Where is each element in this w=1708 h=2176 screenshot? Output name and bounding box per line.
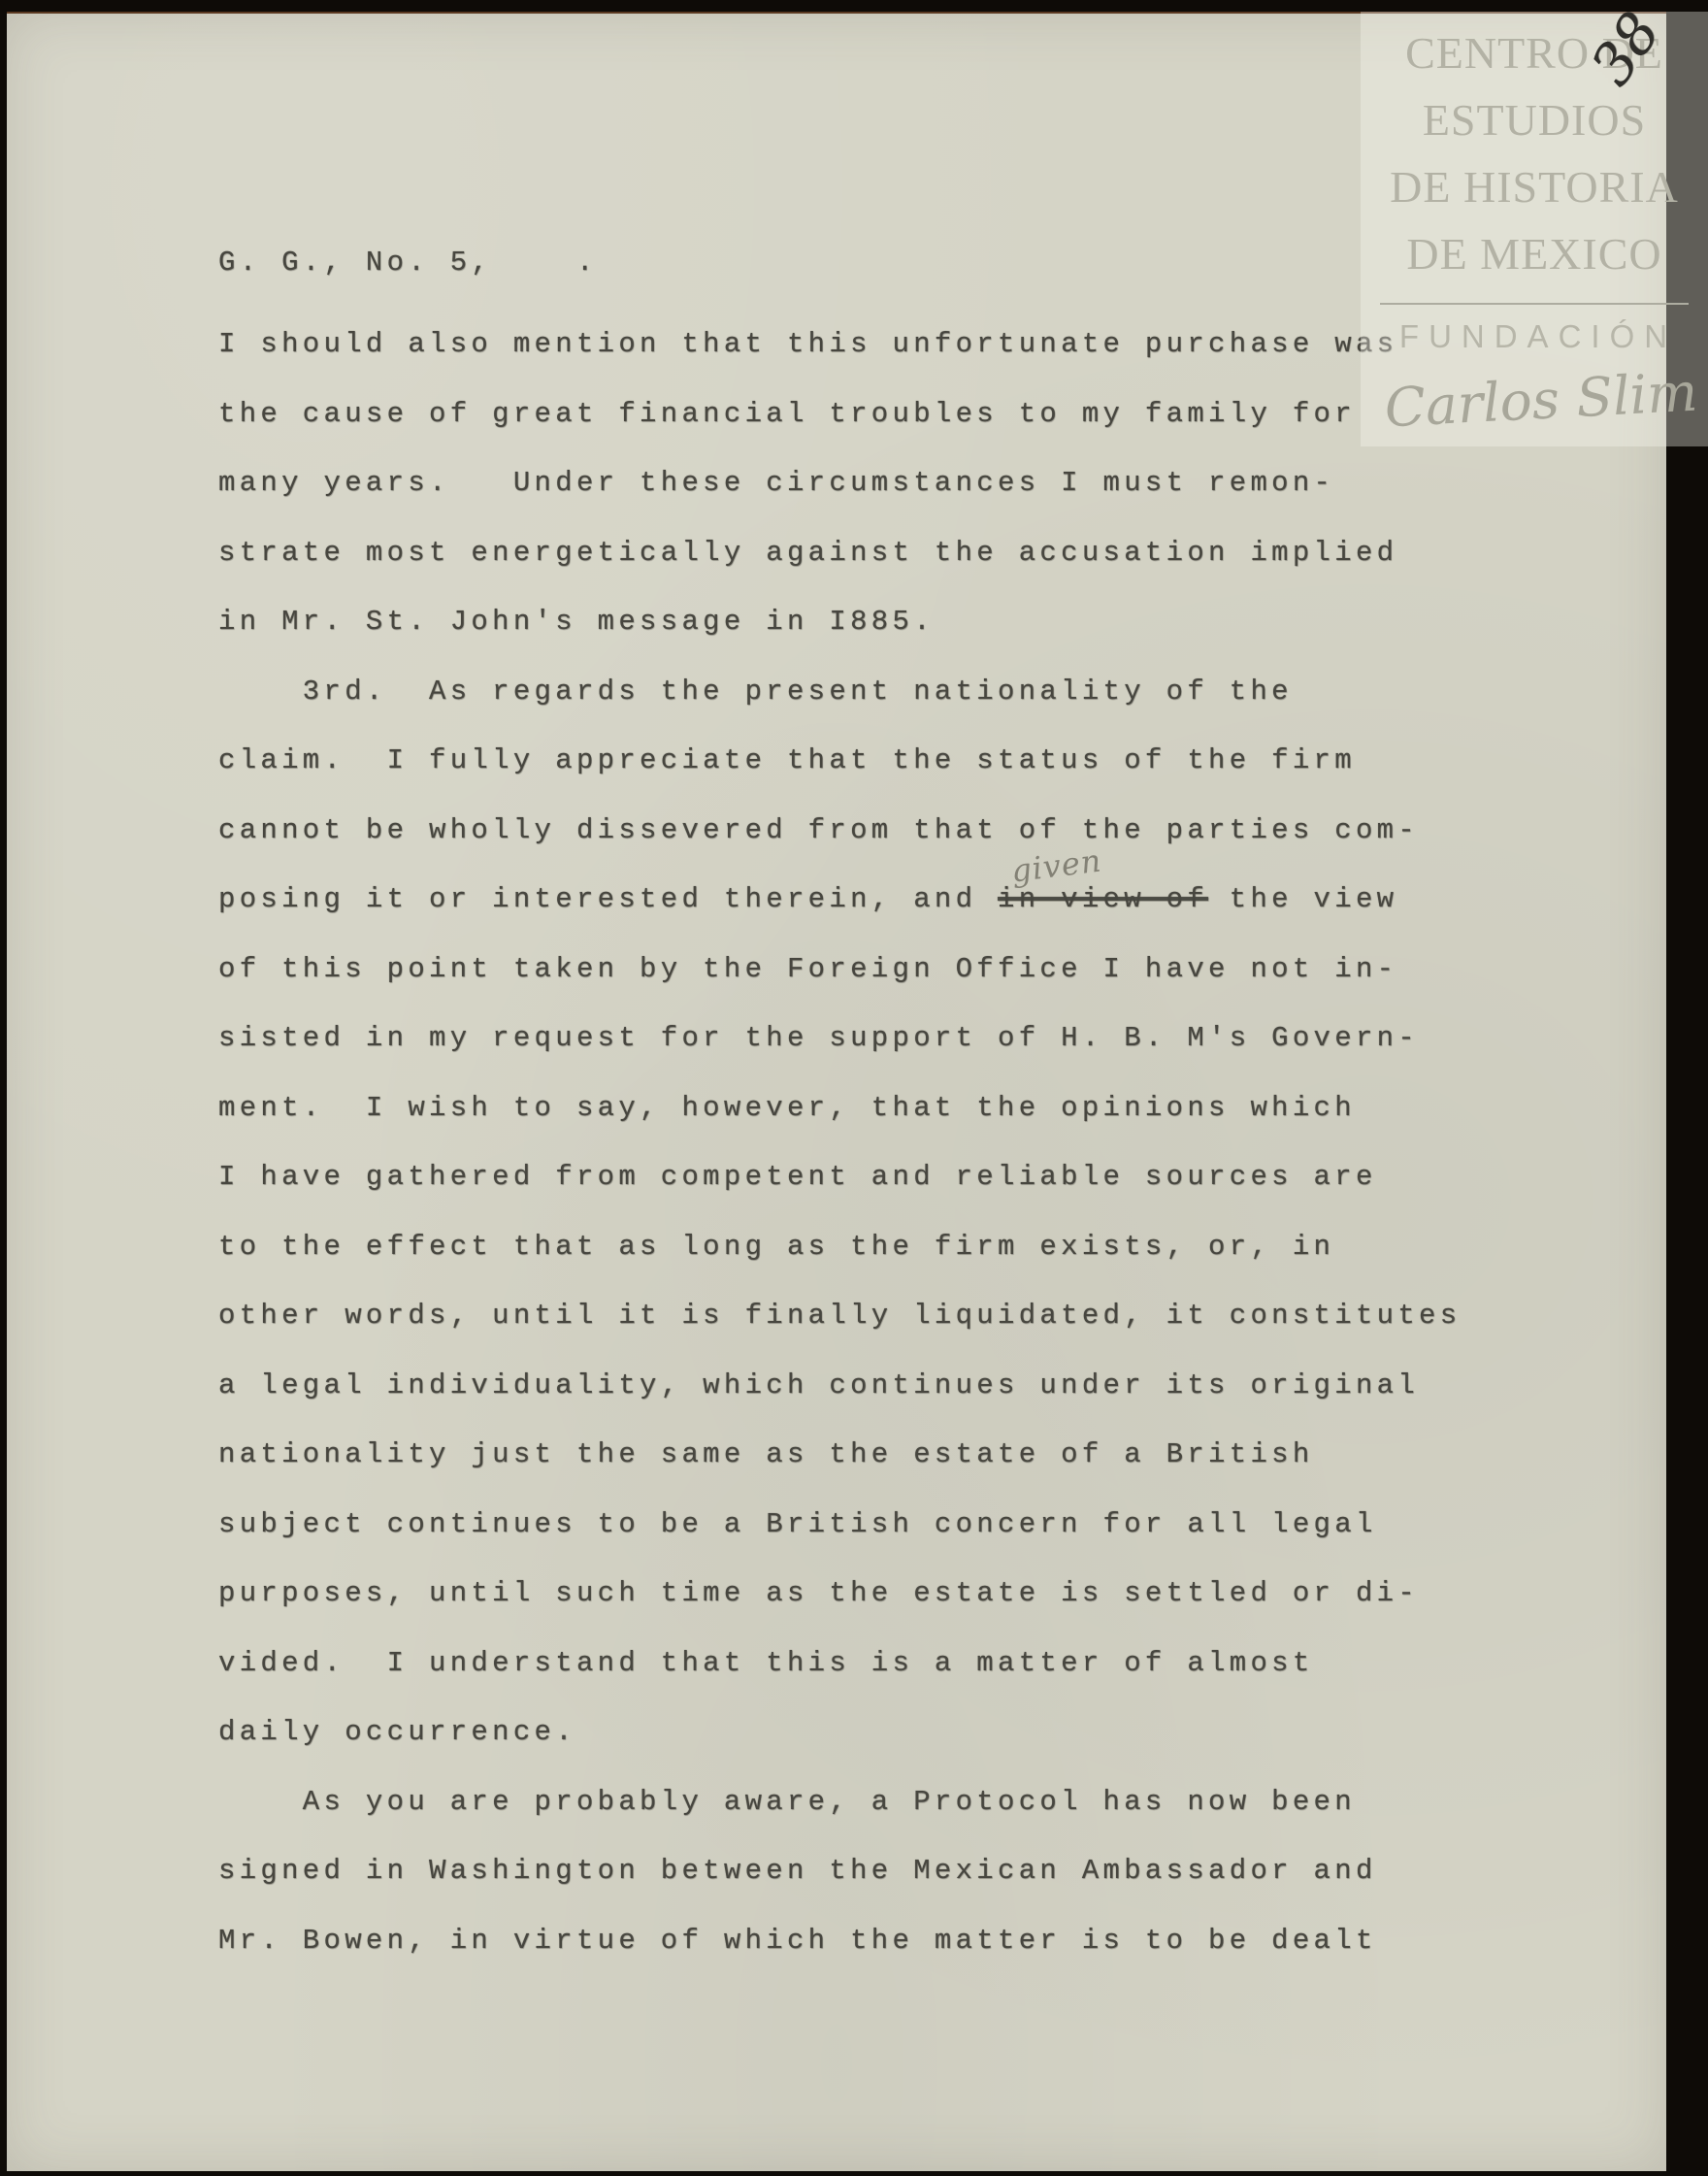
- typed-text: of this point taken by the Foreign Offic…: [218, 953, 1397, 985]
- typed-text: the cause of great financial troubles to…: [218, 398, 1356, 430]
- watermark-panel: CENTRO DE ESTUDIOS DE HISTORIA DE MEXICO…: [1361, 12, 1708, 446]
- handwritten-correction: given: [1009, 844, 1103, 886]
- typed-text: daily occurrence.: [218, 1716, 576, 1748]
- typed-line: I should also mention that this unfortun…: [218, 310, 1461, 379]
- typed-line: posing it or interested therein, and in …: [218, 865, 1461, 935]
- typed-line: the cause of great financial troubles to…: [218, 379, 1461, 449]
- typed-line: daily occurrence.: [218, 1698, 1461, 1767]
- typed-lines: I should also mention that this unfortun…: [218, 310, 1461, 1975]
- typed-line: Mr. Bowen, in virtue of which the matter…: [218, 1906, 1461, 1976]
- typed-text: many years. Under these circumstances I …: [218, 467, 1334, 499]
- typed-text: the view: [1208, 883, 1397, 915]
- typed-text: I should also mention that this unfortun…: [218, 328, 1397, 360]
- typed-line: sisted in my request for the support of …: [218, 1004, 1461, 1073]
- typed-line: other words, until it is finally liquida…: [218, 1281, 1461, 1351]
- typed-text: As you are probably aware, a Protocol ha…: [218, 1786, 1356, 1818]
- typed-text: ment. I wish to say, however, that the o…: [218, 1092, 1356, 1124]
- typed-line: ment. I wish to say, however, that the o…: [218, 1073, 1461, 1143]
- typed-line: a legal individuality, which continues u…: [218, 1351, 1461, 1421]
- typed-line: nationality just the same as the estate …: [218, 1420, 1461, 1490]
- typed-line: purposes, until such time as the estate …: [218, 1559, 1461, 1629]
- watermark-foundation: FUNDACIÓN: [1361, 318, 1708, 355]
- watermark-line: DE MEXICO: [1361, 220, 1708, 287]
- document-scan: G. G., No. 5, . I should also mention th…: [0, 0, 1708, 2176]
- typed-text: a legal individuality, which continues u…: [218, 1369, 1419, 1401]
- struck-text: in view ofgiven: [998, 883, 1208, 915]
- typed-line: As you are probably aware, a Protocol ha…: [218, 1767, 1461, 1837]
- watermark-line: ESTUDIOS: [1361, 86, 1708, 153]
- typed-text: subject continues to be a British concer…: [218, 1508, 1377, 1540]
- typed-text: strate most energetically against the ac…: [218, 537, 1397, 569]
- typed-line: 3rd. As regards the present nationality …: [218, 657, 1461, 727]
- typed-text: other words, until it is finally liquida…: [218, 1300, 1461, 1332]
- typed-text: to the effect that as long as the firm e…: [218, 1231, 1334, 1263]
- typed-line: to the effect that as long as the firm e…: [218, 1212, 1461, 1282]
- typed-line: in Mr. St. John's message in I885.: [218, 587, 1461, 657]
- typed-line: subject continues to be a British concer…: [218, 1490, 1461, 1560]
- typed-text: I have gathered from competent and relia…: [218, 1161, 1377, 1193]
- typed-text: nationality just the same as the estate …: [218, 1438, 1314, 1470]
- typed-text: vided. I understand that this is a matte…: [218, 1647, 1314, 1679]
- typed-text: signed in Washington between the Mexican…: [218, 1855, 1377, 1887]
- typed-text: cannot be wholly dissevered from that of…: [218, 814, 1419, 846]
- typed-line: strate most energetically against the ac…: [218, 518, 1461, 588]
- typed-text: claim. I fully appreciate that the statu…: [218, 744, 1356, 776]
- watermark-divider: [1380, 303, 1689, 305]
- watermark-signature: Carlos Slim: [1360, 359, 1708, 440]
- typed-text: posing it or interested therein, and: [218, 883, 998, 915]
- typed-text: in Mr. St. John's message in I885.: [218, 606, 935, 638]
- typed-line: claim. I fully appreciate that the statu…: [218, 726, 1461, 796]
- document-heading: G. G., No. 5, .: [218, 247, 598, 279]
- typed-text: 3rd. As regards the present nationality …: [218, 676, 1293, 708]
- watermark-line: DE HISTORIA: [1361, 153, 1708, 220]
- typed-text: purposes, until such time as the estate …: [218, 1577, 1419, 1609]
- typed-line: vided. I understand that this is a matte…: [218, 1629, 1461, 1698]
- typed-line: cannot be wholly dissevered from that of…: [218, 796, 1461, 866]
- typed-text: Mr. Bowen, in virtue of which the matter…: [218, 1925, 1377, 1957]
- typed-line: many years. Under these circumstances I …: [218, 448, 1461, 518]
- typed-line: signed in Washington between the Mexican…: [218, 1836, 1461, 1906]
- typed-line: I have gathered from competent and relia…: [218, 1142, 1461, 1212]
- typed-line: of this point taken by the Foreign Offic…: [218, 935, 1461, 1005]
- typed-text: sisted in my request for the support of …: [218, 1022, 1419, 1054]
